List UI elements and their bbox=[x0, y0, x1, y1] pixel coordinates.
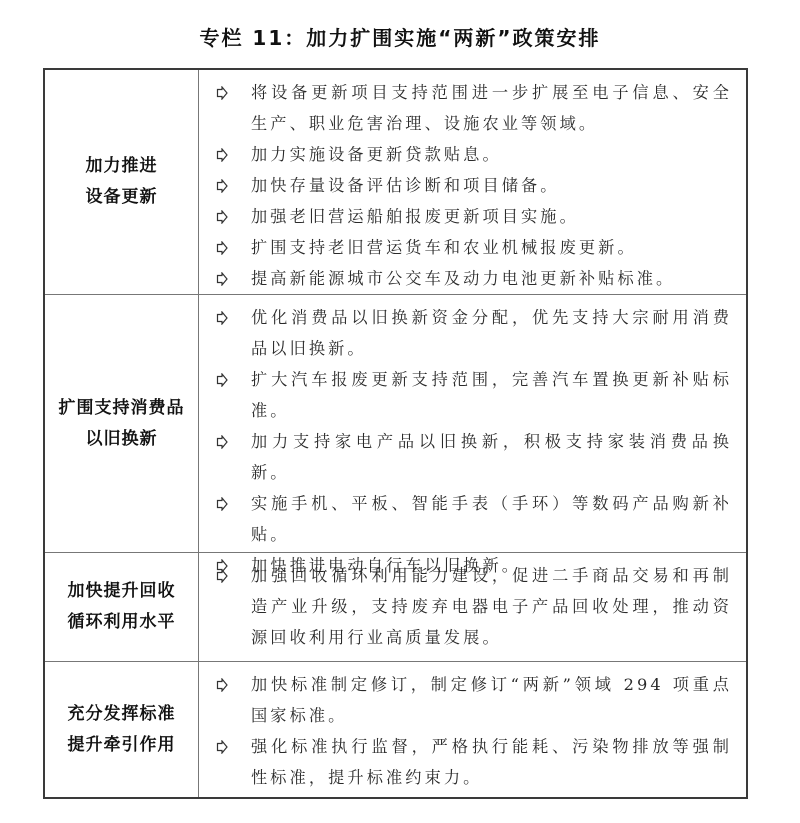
list-item: 扩围支持老旧营运货车和农业机械报废更新。 bbox=[216, 232, 732, 263]
list-item-text: 加强回收循环利用能力建设，促进二手商品交易和再制造产业升级，支持废弃电器电子产品… bbox=[251, 560, 732, 653]
list-item-text: 实施手机、平板、智能手表（手环）等数码产品购新补贴。 bbox=[251, 488, 732, 550]
list-item-text: 提高新能源城市公交车及动力电池更新补贴标准。 bbox=[251, 263, 732, 294]
list-item: 加力支持家电产品以旧换新，积极支持家装消费品换新。 bbox=[216, 426, 732, 488]
row-label: 加快提升回收 循环利用水平 bbox=[68, 576, 176, 638]
outlined-right-arrow-icon bbox=[216, 426, 251, 457]
list-item: 加强回收循环利用能力建设，促进二手商品交易和再制造产业升级，支持废弃电器电子产品… bbox=[216, 560, 732, 653]
outlined-right-arrow-icon bbox=[216, 560, 251, 591]
list-item-text: 加快标准制定修订，制定修订“两新”领域 294 项重点国家标准。 bbox=[251, 669, 732, 731]
list-item-text: 加力实施设备更新贷款贴息。 bbox=[251, 139, 732, 170]
list-item: 将设备更新项目支持范围进一步扩展至电子信息、安全生产、职业危害治理、设施农业等领… bbox=[216, 77, 732, 139]
row-items-cell: 加快标准制定修订，制定修订“两新”领域 294 项重点国家标准。 强化标准执行监… bbox=[199, 662, 746, 797]
row-label-cell: 扩围支持消费品 以旧换新 bbox=[45, 295, 199, 552]
list-item-text: 加力支持家电产品以旧换新，积极支持家装消费品换新。 bbox=[251, 426, 732, 488]
outlined-right-arrow-icon bbox=[216, 488, 251, 519]
list-item-text: 强化标准执行监督，严格执行能耗、污染物排放等强制性标准，提升标准约束力。 bbox=[251, 731, 732, 793]
list-item-text: 扩围支持老旧营运货车和农业机械报废更新。 bbox=[251, 232, 732, 263]
list-item: 优化消费品以旧换新资金分配，优先支持大宗耐用消费品以旧换新。 bbox=[216, 302, 732, 364]
outlined-right-arrow-icon bbox=[216, 669, 251, 700]
outlined-right-arrow-icon bbox=[216, 77, 251, 108]
row-label: 扩围支持消费品 以旧换新 bbox=[59, 393, 185, 455]
list-item-text: 扩大汽车报废更新支持范围，完善汽车置换更新补贴标准。 bbox=[251, 364, 732, 426]
row-items-cell: 将设备更新项目支持范围进一步扩展至电子信息、安全生产、职业危害治理、设施农业等领… bbox=[199, 70, 746, 294]
list-item: 加强老旧营运船舶报废更新项目实施。 bbox=[216, 201, 732, 232]
list-item: 实施手机、平板、智能手表（手环）等数码产品购新补贴。 bbox=[216, 488, 732, 550]
row-label-cell: 加快提升回收 循环利用水平 bbox=[45, 553, 199, 661]
list-item: 加力实施设备更新贷款贴息。 bbox=[216, 139, 732, 170]
table-row-equipment-update: 加力推进 设备更新 将设备更新项目支持范围进一步扩展至电子信息、安全生产、职业危… bbox=[45, 70, 746, 294]
row-label-cell: 加力推进 设备更新 bbox=[45, 70, 199, 294]
list-item-text: 加快存量设备评估诊断和项目储备。 bbox=[251, 170, 732, 201]
outlined-right-arrow-icon bbox=[216, 232, 251, 263]
outlined-right-arrow-icon bbox=[216, 263, 251, 294]
list-item-text: 加强老旧营运船舶报废更新项目实施。 bbox=[251, 201, 732, 232]
row-items-cell: 加强回收循环利用能力建设，促进二手商品交易和再制造产业升级，支持废弃电器电子产品… bbox=[199, 553, 746, 661]
row-label-cell: 充分发挥标准 提升牵引作用 bbox=[45, 662, 199, 797]
list-item-text: 优化消费品以旧换新资金分配，优先支持大宗耐用消费品以旧换新。 bbox=[251, 302, 732, 364]
row-items-cell: 优化消费品以旧换新资金分配，优先支持大宗耐用消费品以旧换新。 扩大汽车报废更新支… bbox=[199, 295, 746, 552]
list-item: 扩大汽车报废更新支持范围，完善汽车置换更新补贴标准。 bbox=[216, 364, 732, 426]
list-item: 加快标准制定修订，制定修订“两新”领域 294 项重点国家标准。 bbox=[216, 669, 732, 731]
table-row-consumer-trade-in: 扩围支持消费品 以旧换新 优化消费品以旧换新资金分配，优先支持大宗耐用消费品以旧… bbox=[45, 294, 746, 552]
list-item: 强化标准执行监督，严格执行能耗、污染物排放等强制性标准，提升标准约束力。 bbox=[216, 731, 732, 793]
table-row-standards: 充分发挥标准 提升牵引作用 加快标准制定修订，制定修订“两新”领域 294 项重… bbox=[45, 661, 746, 797]
list-item-text: 将设备更新项目支持范围进一步扩展至电子信息、安全生产、职业危害治理、设施农业等领… bbox=[251, 77, 732, 139]
row-label: 充分发挥标准 提升牵引作用 bbox=[68, 699, 176, 761]
page-title: 专栏 11：加力扩围实施“两新”政策安排 bbox=[0, 22, 800, 51]
outlined-right-arrow-icon bbox=[216, 364, 251, 395]
policy-table: 加力推进 设备更新 将设备更新项目支持范围进一步扩展至电子信息、安全生产、职业危… bbox=[43, 68, 748, 799]
outlined-right-arrow-icon bbox=[216, 170, 251, 201]
outlined-right-arrow-icon bbox=[216, 201, 251, 232]
list-item: 加快存量设备评估诊断和项目储备。 bbox=[216, 170, 732, 201]
row-label: 加力推进 设备更新 bbox=[86, 151, 158, 213]
outlined-right-arrow-icon bbox=[216, 302, 251, 333]
list-item: 提高新能源城市公交车及动力电池更新补贴标准。 bbox=[216, 263, 732, 294]
outlined-right-arrow-icon bbox=[216, 731, 251, 762]
outlined-right-arrow-icon bbox=[216, 139, 251, 170]
table-row-recycling: 加快提升回收 循环利用水平 加强回收循环利用能力建设，促进二手商品交易和再制造产… bbox=[45, 552, 746, 661]
